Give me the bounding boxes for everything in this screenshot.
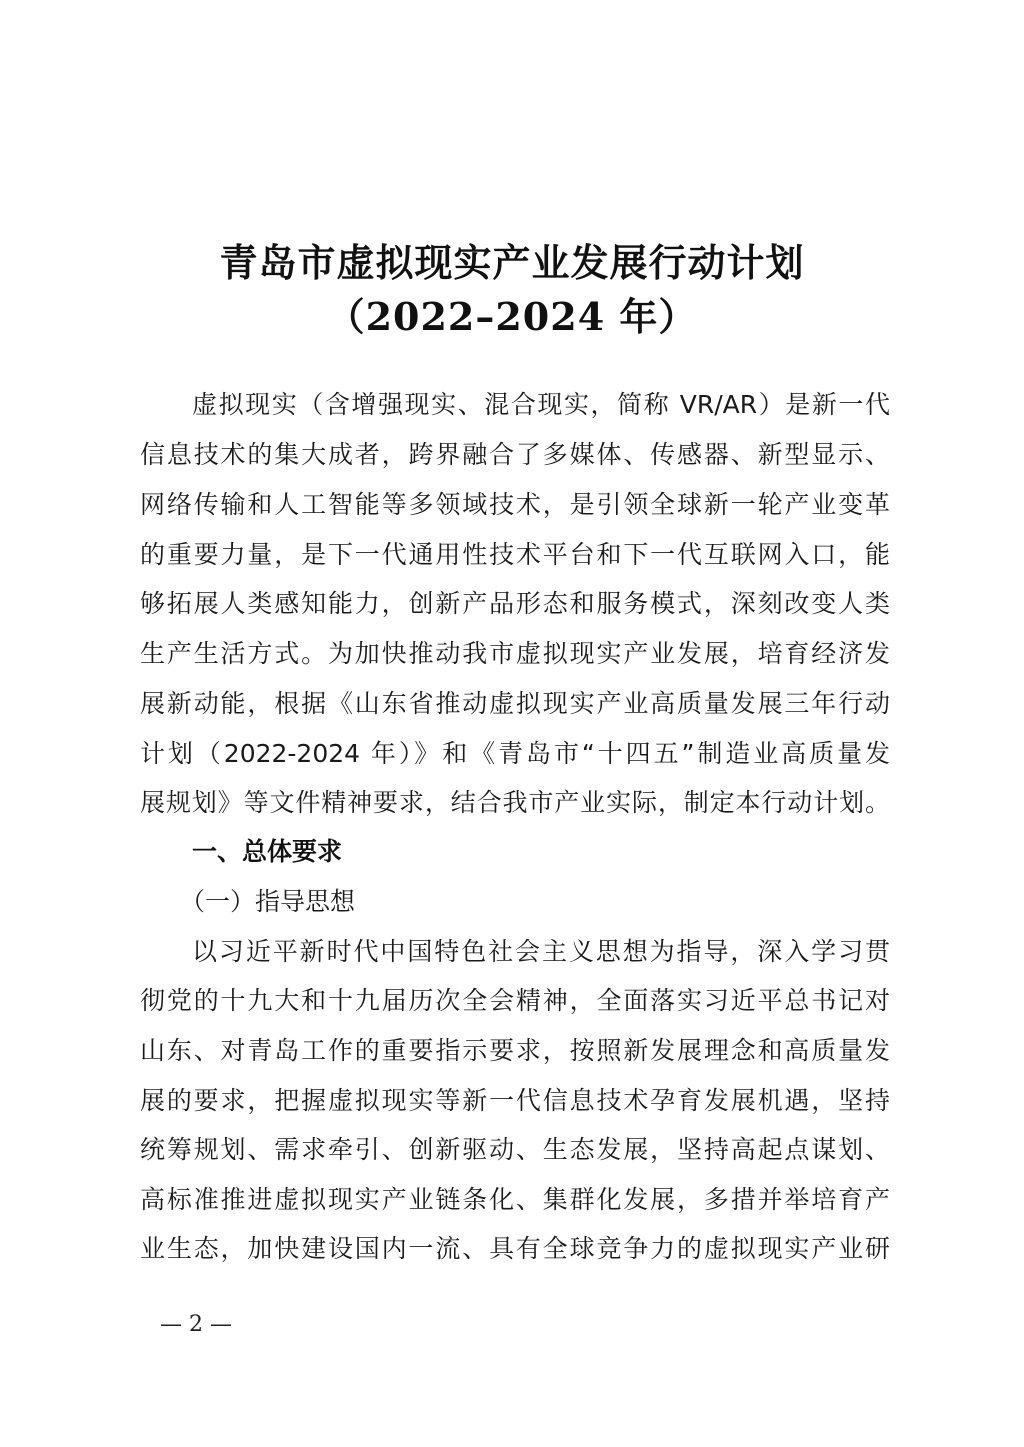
guiding-paragraph-line: 业生态，加快建设国内一流、具有全球竞争力的虚拟现实产业研	[140, 1233, 890, 1265]
intro-paragraph-line: 网络传输和人工智能等多领域技术，是引领全球新一轮产业变革	[140, 489, 890, 521]
page-number: — 2 —	[160, 1312, 232, 1337]
guiding-paragraph-line: 以习近平新时代中国特色社会主义思想为指导，深入学习贯	[192, 936, 890, 968]
guiding-paragraph-line: 彻党的十九大和十九届历次全会精神，全面落实习近平总书记对	[140, 985, 890, 1017]
intro-paragraph-line: 虚拟现实（含增强现实、混合现实，简称 VR/AR）是新一代	[192, 389, 890, 421]
guiding-paragraph-line: 统筹规划、需求牵引、创新驱动、生态发展，坚持高起点谋划、	[140, 1134, 890, 1166]
guiding-paragraph-line: 展的要求，把握虚拟现实等新一代信息技术孕育发展机遇，坚持	[140, 1085, 890, 1117]
guiding-paragraph-line: 山东、对青岛工作的重要指示要求，按照新发展理念和高质量发	[140, 1035, 890, 1067]
intro-paragraph-line: 够拓展人类感知能力，创新产品形态和服务模式，深刻改变人类	[140, 588, 890, 620]
document-page: 青岛市虚拟现实产业发展行动计划 （2022–2024 年） 虚拟现实（含增强现实…	[0, 0, 1024, 1447]
intro-paragraph-line: 生产生活方式。为加快推动我市虚拟现实产业发展，培育经济发	[140, 638, 890, 670]
intro-paragraph-line: 展新动能，根据《山东省推动虚拟现实产业高质量发展三年行动	[140, 688, 890, 720]
intro-paragraph-line: 的重要力量，是下一代通用性技术平台和下一代互联网入口，能	[140, 539, 890, 571]
subsection-heading-guiding-thought: （一）指导思想	[180, 886, 355, 918]
intro-paragraph-line: 信息技术的集大成者，跨界融合了多媒体、传感器、新型显示、	[140, 439, 890, 471]
intro-paragraph-line: 展规划》等文件精神要求，结合我市产业实际，制定本行动计划。	[140, 787, 890, 819]
guiding-paragraph-line: 高标准推进虚拟现实产业链条化、集群化发展，多措并举培育产	[140, 1184, 890, 1216]
document-subtitle-years: （2022–2024 年）	[0, 286, 1024, 341]
document-title: 青岛市虚拟现实产业发展行动计划	[0, 232, 1024, 287]
section-heading-general-requirements: 一、总体要求	[192, 836, 342, 868]
intro-paragraph-line: 计划（2022-2024 年）》和《青岛市“十四五”制造业高质量发	[140, 738, 890, 770]
